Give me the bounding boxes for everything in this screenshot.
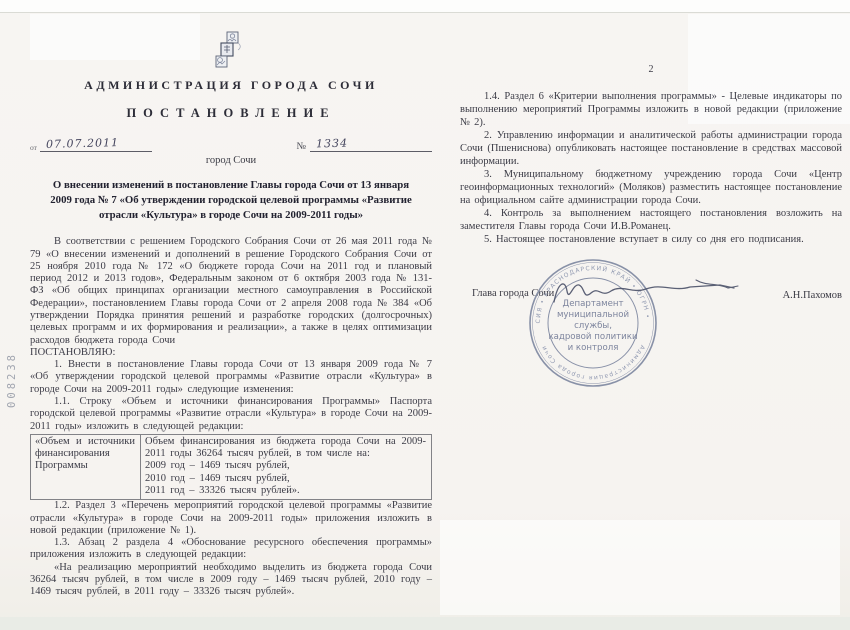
- date-prefix-label: от: [30, 143, 37, 152]
- signature-block: Глава города Сочи А.Н.Пахомов РОССИЯ • К…: [460, 270, 842, 430]
- handwritten-date: 07.07.2011: [46, 136, 119, 151]
- funding-table-left-cell: «Объем и источники финансирования Програ…: [31, 434, 141, 499]
- stamp-center-line-5: и контроля: [568, 343, 619, 353]
- paragraph-item-1-4: 1.4. Раздел 6 «Критерии выполнения прогр…: [460, 90, 842, 129]
- handwritten-number: 1334: [316, 137, 348, 151]
- date-and-number-row: от 07.07.2011 № 1334: [30, 137, 432, 152]
- page-2-body: 1.4. Раздел 6 «Критерии выполнения прогр…: [460, 90, 842, 246]
- page-number: 2: [460, 64, 842, 75]
- table-row: «Объем и источники финансирования Програ…: [31, 434, 432, 499]
- registration-stamp-number: 008238: [6, 352, 18, 408]
- funding-total-text: Объем финансирования из бюджета города С…: [145, 436, 426, 461]
- page-1-body: В соответствии с решением Городского Соб…: [30, 236, 432, 598]
- funding-2009: 2009 год – 1469 тысяч рублей,: [145, 460, 426, 472]
- number-prefix-label: №: [296, 141, 306, 152]
- paragraph-resolve: ПОСТАНОВЛЯЮ:: [30, 347, 432, 359]
- scanned-document: 008238 АДМИНИСТРАЦИЯ ГОРОДА СОЧИ ПОСТАНО…: [0, 0, 850, 630]
- stamp-center-line-3: службы,: [574, 321, 612, 331]
- organization-name: АДМИНИСТРАЦИЯ ГОРОДА СОЧИ: [30, 78, 432, 93]
- paragraph-item-2: 2. Управлению информации и аналитической…: [460, 129, 842, 168]
- paragraph-preamble: В соответствии с решением Городского Соб…: [30, 236, 432, 347]
- paragraph-item-1-1: 1.1. Строку «Объем и источники финансиро…: [30, 396, 432, 433]
- stamp-center-line-4: кадровой политики: [548, 332, 637, 342]
- paragraph-item-1-3-quote: «На реализацию мероприятий необходимо вы…: [30, 562, 432, 599]
- paragraph-item-3: 3. Муниципальному бюджетному учреждению …: [460, 168, 842, 207]
- scan-edge-strip: [0, 617, 850, 630]
- funding-table-right-cell: Объем финансирования из бюджета города С…: [141, 434, 432, 499]
- handwritten-signature: [548, 272, 778, 316]
- paragraph-item-4: 4. Контроль за выполнением настоящего по…: [460, 207, 842, 233]
- city-label: город Сочи: [30, 155, 432, 166]
- page-1: АДМИНИСТРАЦИЯ ГОРОДА СОЧИ ПОСТАНОВЛЕНИЕ …: [30, 30, 432, 598]
- page-2: 2 1.4. Раздел 6 «Критерии выполнения про…: [460, 64, 842, 430]
- sochi-coat-of-arms-icon: [30, 30, 432, 74]
- paragraph-item-1: 1. Внести в постановление Главы города С…: [30, 359, 432, 396]
- funding-table: «Объем и источники финансирования Програ…: [30, 434, 432, 500]
- document-title: О внесении изменений в постановление Гла…: [30, 178, 432, 223]
- number-field: № 1334: [296, 137, 432, 152]
- paragraph-item-1-2: 1.2. Раздел 3 «Перечень мероприятий горо…: [30, 500, 432, 537]
- document-type-heading: ПОСТАНОВЛЕНИЕ: [30, 106, 432, 121]
- funding-2011: 2011 год – 33326 тысяч рублей».: [145, 485, 426, 497]
- funding-2010: 2010 год – 1469 тысяч рублей,: [145, 473, 426, 485]
- signer-name: А.Н.Пахомов: [783, 290, 842, 301]
- paragraph-item-1-3: 1.3. Абзац 2 раздела 4 «Обоснование ресу…: [30, 537, 432, 562]
- date-field: от 07.07.2011: [30, 137, 152, 152]
- paragraph-item-5: 5. Настоящее постановление вступает в си…: [460, 233, 842, 246]
